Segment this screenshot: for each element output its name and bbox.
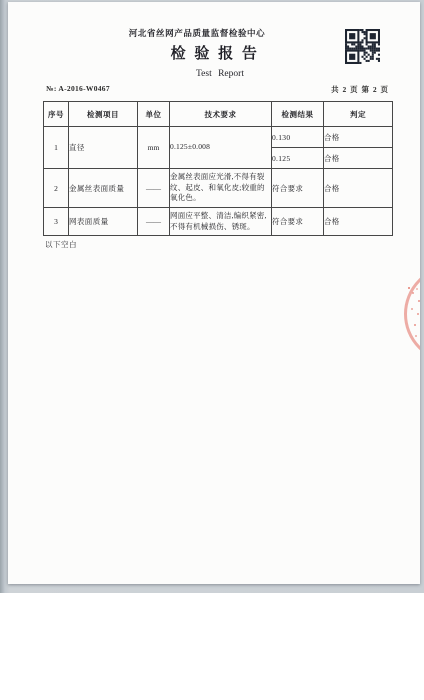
row2-judgment-cell: 合格 <box>324 169 393 208</box>
row1-result2-cell: 0.125 <box>272 148 324 169</box>
row2-requirement-cell: 金属丝表面应光滑,不得有裂纹、起皮、和氧化皮;较重的氧化色。 <box>170 169 272 208</box>
column-header-result: 检测结果 <box>272 102 324 127</box>
row2-no-cell: 2 <box>44 169 69 208</box>
table-row: 2 金属丝表面质量 —— 金属丝表面应光滑,不得有裂纹、起皮、和氧化皮;较重的氧… <box>44 169 393 208</box>
qr-code-icon <box>345 29 380 64</box>
column-header-item: 检测项目 <box>69 102 138 127</box>
row3-requirement-cell: 网面应平整、清洁,编织紧密,不得有机械损伤、锈斑。 <box>170 208 272 236</box>
org-name: 河北省丝网产品质量监督检验中心 <box>129 27 266 39</box>
blank-below-note: 以下空白 <box>45 239 77 250</box>
row3-result-cell: 符合要求 <box>272 208 324 236</box>
column-header-requirement: 技术要求 <box>170 102 272 127</box>
table-header-row: 序号 检测项目 单位 技术要求 检测结果 判定 <box>44 102 393 127</box>
scanner-background: 河北省丝网产品质量监督检验中心 检 验 报 告 Test Report №: A… <box>0 0 424 593</box>
row1-result1-cell: 0.130 <box>272 127 324 148</box>
row1-judgment2-cell: 合格 <box>324 148 393 169</box>
row1-unit-cell: mm <box>138 127 170 169</box>
row1-requirement-cell: 0.125±0.008 <box>170 127 272 169</box>
red-stamp-rim <box>404 265 420 363</box>
table-row: 3 网表面质量 —— 网面应平整、清洁,编织紧密,不得有机械损伤、锈斑。 符合要… <box>44 208 393 236</box>
report-title: 检 验 报 告 <box>171 42 260 63</box>
column-header-judgment: 判定 <box>324 102 393 127</box>
row2-item-cell: 金属丝表面质量 <box>69 169 138 208</box>
row1-no-cell: 1 <box>44 127 69 169</box>
row1-judgment1-cell: 合格 <box>324 127 393 148</box>
table-row: 1 直径 mm 0.125±0.008 0.130 合格 <box>44 127 393 148</box>
row2-result-cell: 符合要求 <box>272 169 324 208</box>
row3-item-cell: 网表面质量 <box>69 208 138 236</box>
column-header-unit: 单位 <box>138 102 170 127</box>
column-header-no: 序号 <box>44 102 69 127</box>
red-stamp <box>388 260 420 365</box>
report-page: 河北省丝网产品质量监督检验中心 检 验 报 告 Test Report №: A… <box>8 2 420 584</box>
row1-item-cell: 直径 <box>69 127 138 169</box>
row3-no-cell: 3 <box>44 208 69 236</box>
row3-judgment-cell: 合格 <box>324 208 393 236</box>
page-count: 共 2 页 第 2 页 <box>331 84 389 95</box>
report-number: №: A-2016-W0467 <box>46 84 110 93</box>
red-stamp-marks <box>408 287 410 289</box>
row2-unit-cell: —— <box>138 169 170 208</box>
row3-unit-cell: —— <box>138 208 170 236</box>
results-table: 序号 检测项目 单位 技术要求 检测结果 判定 1 直径 mm 0.125±0.… <box>43 101 393 236</box>
report-title-english: Test Report <box>196 69 244 79</box>
